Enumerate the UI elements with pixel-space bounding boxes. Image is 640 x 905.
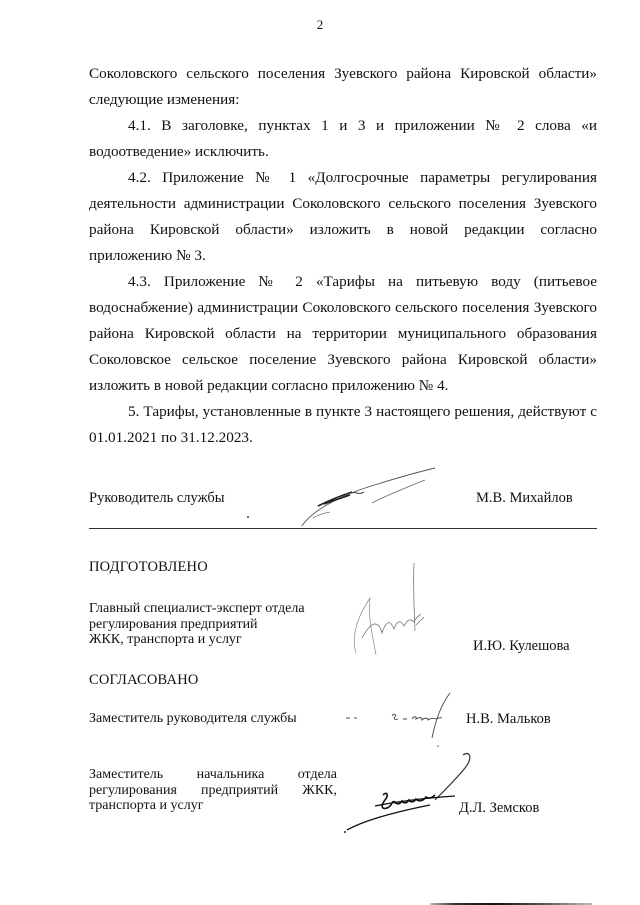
approved-signatory-2-position-line-1: Заместитель начальника отдела — [89, 767, 337, 783]
head-position: Руководитель службы — [89, 490, 225, 506]
head-name: М.В. Михайлов — [476, 490, 573, 506]
approved-heading: СОГЛАСОВАНО — [89, 672, 199, 689]
prepared-position-line-2: регулирования предприятий — [89, 617, 305, 633]
prepared-position-line-1: Главный специалист-эксперт отдела — [89, 601, 305, 617]
paragraph-4-2: 4.2. Приложение № 1 «Долгосрочные параме… — [89, 165, 597, 269]
approved-signatory-1-position: Заместитель руководителя службы — [89, 711, 297, 727]
prepared-position: Главный специалист-эксперт отдела регули… — [89, 601, 305, 648]
handwritten-signature-approved-1 — [340, 688, 470, 748]
footer-scan-mark — [430, 903, 592, 905]
page-number: 2 — [0, 17, 640, 33]
paragraph-4-3: 4.3. Приложение № 2 «Тарифы на питьевую … — [89, 269, 597, 399]
prepared-name: И.Ю. Кулешова — [473, 638, 570, 655]
document-body: Соколовского сельского поселения Зуевско… — [89, 61, 597, 451]
handwritten-signature-head — [240, 468, 440, 533]
approved-signatory-2-position-line-2: регулирования предприятий ЖКК, — [89, 783, 337, 799]
signature-divider-line — [89, 528, 597, 529]
approved-signatory-2-position: Заместитель начальника отдела регулирова… — [89, 767, 337, 814]
approved-signatory-1-name: Н.В. Мальков — [466, 711, 551, 728]
handwritten-signature-prepared — [340, 563, 440, 663]
prepared-position-line-3: ЖКК, транспорта и услуг — [89, 632, 305, 648]
paragraph-continuation: Соколовского сельского поселения Зуевско… — [89, 61, 597, 113]
prepared-heading: ПОДГОТОВЛЕНО — [89, 559, 208, 576]
handwritten-signature-approved-2 — [345, 750, 475, 840]
paragraph-4-1: 4.1. В заголовке, пунктах 1 и 3 и прилож… — [89, 113, 597, 165]
approved-signatory-2-position-line-3: транспорта и услуг — [89, 798, 337, 814]
paragraph-5: 5. Тарифы, установленные в пункте 3 наст… — [89, 399, 597, 451]
